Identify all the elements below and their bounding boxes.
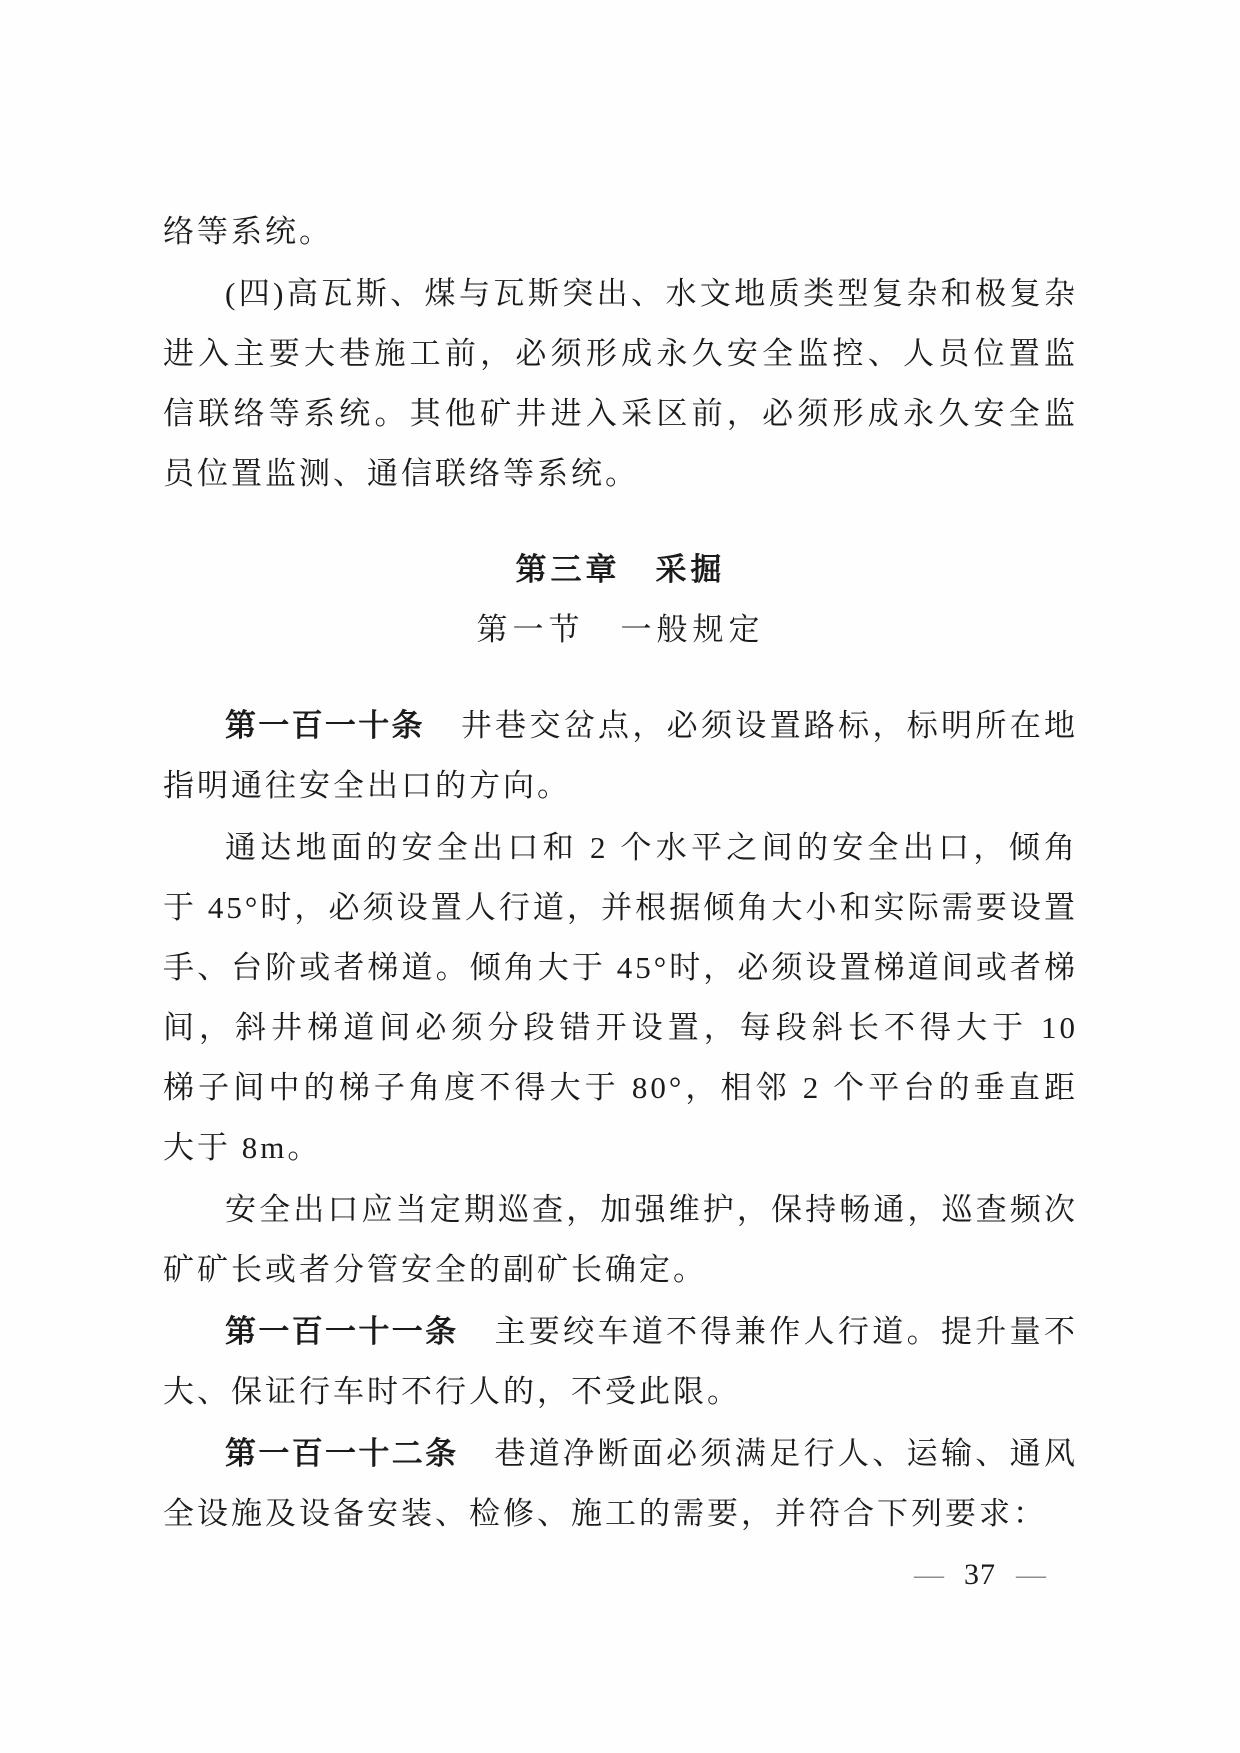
page-number-footer: — 37 —: [914, 1558, 1046, 1592]
em-dash-left: —: [914, 1558, 944, 1592]
em-dash-right: —: [1016, 1558, 1046, 1592]
text-line: 通达地面的安全出口和 2 个水平之间的安全出口，倾角不大: [163, 818, 1078, 878]
article-111: 第一百一十一条主要绞车道不得兼作人行道。提升量不大、保证行车时不行人的，不受此限…: [163, 1302, 1078, 1422]
article-number-label: 第一百一十条: [225, 708, 425, 743]
article-110: 第一百一十条井巷交岔点，必须设置路标，标明所在地点，指明通往安全出口的方向。: [163, 696, 1078, 816]
text-line: 第一百一十一条主要绞车道不得兼作人行道。提升量不: [163, 1302, 1078, 1362]
paragraph-item-four: (四)高瓦斯、煤与瓦斯突出、水文地质类型复杂和极复杂矿井进入主要大巷施工前，必须…: [163, 264, 1078, 504]
text-line: 于 45°时，必须设置人行道，并根据倾角大小和实际需要设置扶: [163, 878, 1078, 938]
text-line: 信联络等系统。其他矿井进入采区前，必须形成永久安全监控、人: [163, 384, 1078, 444]
text-line: 手、台阶或者梯道。倾角大于 45°时，必须设置梯道间或者梯子: [163, 938, 1078, 998]
text-line: 间，斜井梯道间必须分段错开设置，每段斜长不得大于 10m；立井: [163, 998, 1078, 1058]
article-112: 第一百一十二条巷道净断面必须满足行人、运输、通风和安全设施及设备安装、检修、施工…: [163, 1424, 1078, 1544]
text-line: 梯子间中的梯子角度不得大于 80°，相邻 2 个平台的垂直距离不得: [163, 1058, 1078, 1118]
paragraph-continuation: 络等系统。: [163, 202, 1078, 262]
document-body: 络等系统。 (四)高瓦斯、煤与瓦斯突出、水文地质类型复杂和极复杂矿井进入主要大巷…: [163, 202, 1078, 1546]
text-line: 安全出口应当定期巡查，加强维护，保持畅通，巡查频次由煤: [163, 1180, 1078, 1240]
text-line: 第一百一十二条巷道净断面必须满足行人、运输、通风和安: [163, 1424, 1078, 1484]
text-line: 全设施及设备安装、检修、施工的需要，并符合下列要求：: [163, 1484, 1078, 1544]
paragraph-article-110-3: 安全出口应当定期巡查，加强维护，保持畅通，巡查频次由煤矿矿长或者分管安全的副矿长…: [163, 1180, 1078, 1300]
text-line: 大于 8m。: [163, 1118, 1078, 1178]
text-line: 矿矿长或者分管安全的副矿长确定。: [163, 1240, 1078, 1300]
article-number-label: 第一百一十二条: [225, 1436, 458, 1471]
text-line: 员位置监测、通信联络等系统。: [163, 444, 1078, 504]
text-line: 络等系统。: [163, 202, 1078, 262]
paragraph-article-110-2: 通达地面的安全出口和 2 个水平之间的安全出口，倾角不大于 45°时，必须设置人…: [163, 818, 1078, 1178]
text-line: 指明通往安全出口的方向。: [163, 756, 1078, 816]
section-heading: 第一节 一般规定: [163, 600, 1078, 660]
article-number-label: 第一百一十一条: [225, 1314, 458, 1349]
document-page: 络等系统。 (四)高瓦斯、煤与瓦斯突出、水文地质类型复杂和极复杂矿井进入主要大巷…: [0, 0, 1240, 1753]
page-number: 37: [964, 1558, 996, 1592]
text-line: 进入主要大巷施工前，必须形成永久安全监控、人员位置监测、通: [163, 324, 1078, 384]
text-line: 第一百一十条井巷交岔点，必须设置路标，标明所在地点，: [163, 696, 1078, 756]
text-line: 大、保证行车时不行人的，不受此限。: [163, 1362, 1078, 1422]
chapter-heading: 第三章 采掘: [163, 540, 1078, 600]
text-line: (四)高瓦斯、煤与瓦斯突出、水文地质类型复杂和极复杂矿井: [163, 264, 1078, 324]
